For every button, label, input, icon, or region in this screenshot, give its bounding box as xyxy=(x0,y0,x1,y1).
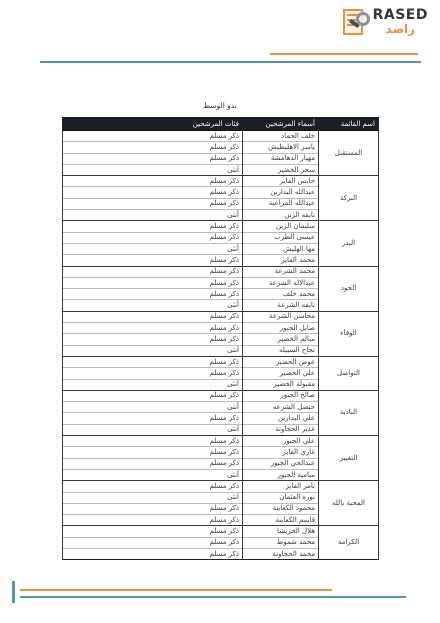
list-name-cell: الجود xyxy=(319,266,379,311)
candidate-category-cell: ذكر مسلم xyxy=(63,368,243,379)
candidate-name-cell: عبدالله المراعية xyxy=(243,198,319,209)
table-row: البدرسليمان الزبنذكر مسلم xyxy=(63,221,379,232)
candidate-category-cell: أنثى xyxy=(63,402,243,413)
list-name-cell: المحبة بالله xyxy=(319,481,379,526)
candidate-name-cell: خلف الحماد xyxy=(243,131,319,142)
list-name-cell: الوفاء xyxy=(319,311,379,356)
candidate-category-cell: أنثى xyxy=(63,345,243,356)
table-row: المحبة باللهثامر الفايزذكر مسلم xyxy=(63,481,379,492)
candidate-name-cell: علي الجبور xyxy=(243,436,319,447)
table-row: الباديةصالح الجبورذكر مسلم xyxy=(63,390,379,401)
candidate-category-cell: ذكر مسلم xyxy=(63,458,243,469)
candidate-name-cell: عبدالله البدارين xyxy=(243,187,319,198)
candidate-name-cell: غازي الفايز xyxy=(243,447,319,458)
candidate-name-cell: محمد شموط xyxy=(243,537,319,548)
candidate-category-cell: ذكر مسلم xyxy=(63,390,243,401)
candidate-name-cell: مها الهليش xyxy=(243,243,319,254)
header-rule-teal xyxy=(40,61,421,63)
candidate-name-cell: محمد الشرعة xyxy=(243,266,319,277)
candidate-category-cell: ذكر مسلم xyxy=(63,277,243,288)
candidate-category-cell: ذكر مسلم xyxy=(63,266,243,277)
footer-rule-orange xyxy=(20,589,332,591)
table-row: البركةحابس الفايزذكر مسلم xyxy=(63,176,379,187)
table-row: الكرامةهلال الخريشاذكر مسلم xyxy=(63,526,379,537)
candidate-category-cell: ذكر مسلم xyxy=(63,255,243,266)
header-candidate-categories: فئات المرشحين xyxy=(63,118,243,131)
table-row: التواصلعوض الخضيرذكر مسلم xyxy=(63,356,379,367)
candidate-category-cell: أنثى xyxy=(63,492,243,503)
candidate-name-cell: غدير الحجاونة xyxy=(243,424,319,435)
list-name-cell: الكرامة xyxy=(319,526,379,560)
candidate-name-cell: صالح الجبور xyxy=(243,390,319,401)
candidate-category-cell: ذكر مسلم xyxy=(63,221,243,232)
candidate-category-cell: ذكر مسلم xyxy=(63,436,243,447)
candidate-category-cell: أنثى xyxy=(63,210,243,221)
candidate-name-cell: قاسم الكعابنة xyxy=(243,515,319,526)
candidate-name-cell: محمد الحجاونة xyxy=(243,548,319,559)
footer-accent-bar xyxy=(12,581,15,603)
candidate-name-cell: علي البدارين xyxy=(243,413,319,424)
list-name-cell: البدر xyxy=(319,221,379,266)
candidate-name-cell: عبدالحي الجبور xyxy=(243,458,319,469)
candidate-category-cell: ذكر مسلم xyxy=(63,232,243,243)
candidate-category-cell: ذكر مسلم xyxy=(63,413,243,424)
candidate-category-cell: ذكر مسلم xyxy=(63,334,243,345)
list-name-cell: المستقبل xyxy=(319,131,379,176)
report-page: RASED راصد بدو الوسط اسم القائمة أسماء ا… xyxy=(0,0,440,623)
candidate-name-cell: محمد الفايز xyxy=(243,255,319,266)
candidate-category-cell: ذكر مسلم xyxy=(63,447,243,458)
candidate-category-cell: ذكر مسلم xyxy=(63,537,243,548)
candidate-name-cell: سامية الجبور xyxy=(243,469,319,480)
candidate-name-cell: صايل الجبور xyxy=(243,323,319,334)
candidate-name-cell: نايفه الزبن xyxy=(243,210,319,221)
candidates-table-wrap: اسم القائمة أسماء المرشحين فئات المرشحين… xyxy=(62,117,379,560)
candidate-name-cell: نوره العثمان xyxy=(243,492,319,503)
magnifier-lens-icon xyxy=(356,12,370,26)
candidate-category-cell: ذكر مسلم xyxy=(63,176,243,187)
candidate-name-cell: محمود الكعابنة xyxy=(243,503,319,514)
candidate-name-cell: مهيار الدهامشة xyxy=(243,153,319,164)
candidate-category-cell: ذكر مسلم xyxy=(63,153,243,164)
candidate-category-cell: ذكر مسلم xyxy=(63,481,243,492)
candidate-category-cell: ذكر مسلم xyxy=(63,131,243,142)
list-name-cell: البركة xyxy=(319,176,379,221)
list-name-cell: التواصل xyxy=(319,356,379,390)
candidate-category-cell: ذكر مسلم xyxy=(63,289,243,300)
candidate-name-cell: نجاح السبيله xyxy=(243,345,319,356)
candidate-category-cell: ذكر مسلم xyxy=(63,323,243,334)
table-row: الجودمحمد الشرعةذكر مسلم xyxy=(63,266,379,277)
list-name-cell: التغيير xyxy=(319,436,379,481)
candidate-name-cell: عوض الخضير xyxy=(243,356,319,367)
candidate-category-cell: ذكر مسلم xyxy=(63,503,243,514)
candidate-name-cell: ياسر الاهليطيش xyxy=(243,142,319,153)
candidate-category-cell: أنثى xyxy=(63,469,243,480)
candidate-category-cell: ذكر مسلم xyxy=(63,526,243,537)
magnifier-document-icon xyxy=(343,8,370,37)
candidate-category-cell: ذكر مسلم xyxy=(63,187,243,198)
candidate-name-cell: سليمان الزبن xyxy=(243,221,319,232)
candidate-category-cell: ذكر مسلم xyxy=(63,198,243,209)
candidate-name-cell: حابس الفايز xyxy=(243,176,319,187)
district-title: بدو الوسط xyxy=(160,101,280,110)
candidate-category-cell: ذكر مسلم xyxy=(63,311,243,322)
candidate-name-cell: ثامر الفايز xyxy=(243,481,319,492)
list-name-cell: البادية xyxy=(319,390,379,435)
candidate-category-cell: أنثى xyxy=(63,243,243,254)
table-header-row: اسم القائمة أسماء المرشحين فئات المرشحين xyxy=(63,118,379,131)
table-body: المستقبلخلف الحمادذكر مسلمياسر الاهليطيش… xyxy=(63,131,379,560)
footer-rule-teal xyxy=(20,596,406,598)
candidate-name-cell: نايفه الشرعة xyxy=(243,300,319,311)
table-row: التغييرعلي الجبورذكر مسلم xyxy=(63,436,379,447)
candidate-name-cell: سالم الخضير xyxy=(243,334,319,345)
candidate-name-cell: محمد خلف xyxy=(243,289,319,300)
logo-wordmark: RASED راصد xyxy=(373,8,428,35)
candidate-name-cell: عبدالاله الشرعة xyxy=(243,277,319,288)
candidate-name-cell: عيسى الطرب xyxy=(243,232,319,243)
candidate-name-cell: علي الخضير xyxy=(243,368,319,379)
candidate-category-cell: ذكر مسلم xyxy=(63,548,243,559)
candidate-name-cell: سحر الخضير xyxy=(243,164,319,175)
candidate-category-cell: أنثى xyxy=(63,164,243,175)
candidate-name-cell: هلال الخريشا xyxy=(243,526,319,537)
candidate-category-cell: أنثى xyxy=(63,379,243,390)
candidate-name-cell: حنضل الشرعه xyxy=(243,402,319,413)
candidate-category-cell: ذكر مسلم xyxy=(63,515,243,526)
rased-logo: RASED راصد xyxy=(343,8,428,37)
header-list-name: اسم القائمة xyxy=(319,118,379,131)
table-row: الوفاءمحاسن الشرعةذكر مسلم xyxy=(63,311,379,322)
header-candidate-names: أسماء المرشحين xyxy=(243,118,319,131)
candidate-category-cell: أنثى xyxy=(63,424,243,435)
logo-name-ar: راصد xyxy=(386,23,416,35)
candidate-name-cell: محاسن الشرعة xyxy=(243,311,319,322)
header-rule-orange xyxy=(270,53,418,55)
candidate-category-cell: أنثى xyxy=(63,300,243,311)
logo-name-en: RASED xyxy=(373,8,428,22)
candidates-table: اسم القائمة أسماء المرشحين فئات المرشحين… xyxy=(62,117,379,560)
candidate-category-cell: ذكر مسلم xyxy=(63,356,243,367)
candidate-name-cell: مقبولة الخضير xyxy=(243,379,319,390)
candidate-category-cell: ذكر مسلم xyxy=(63,142,243,153)
table-row: المستقبلخلف الحمادذكر مسلم xyxy=(63,131,379,142)
